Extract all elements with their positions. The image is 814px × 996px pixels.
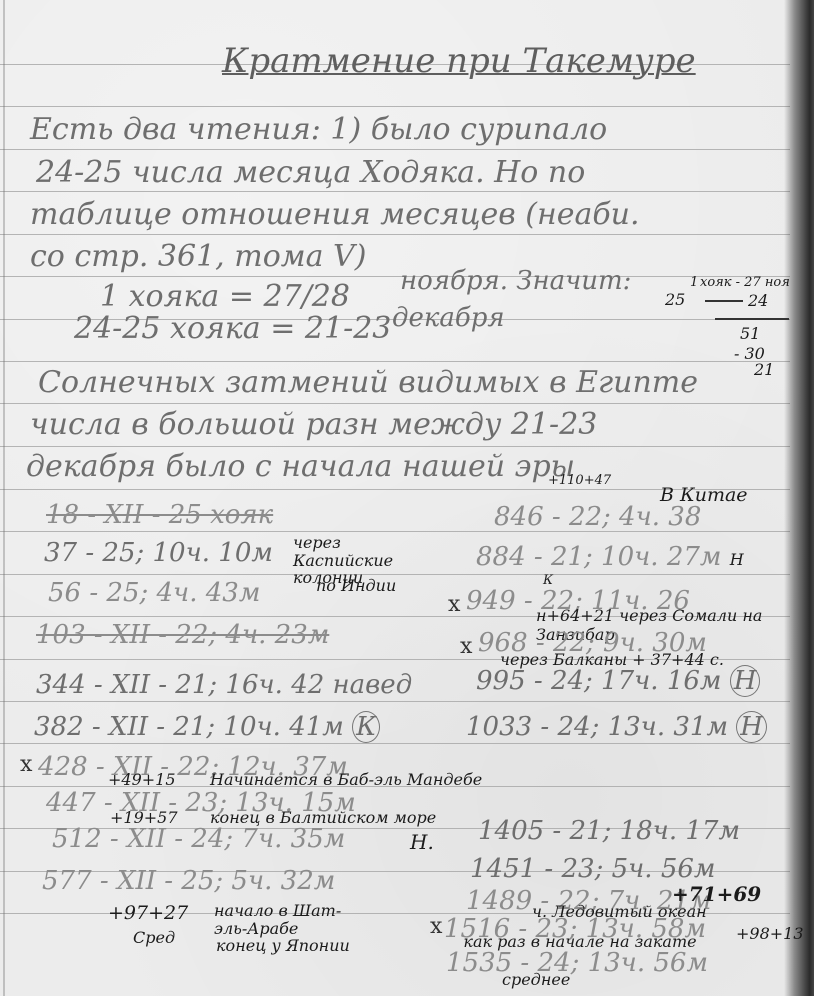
eclipse-entry: 56 - 25; 4ч. 43м	[48, 580, 260, 606]
eclipse-entry-struck: 18 - XII - 25 хояк	[46, 502, 273, 528]
left-margin-edge	[3, 0, 5, 996]
ruled-line	[0, 361, 790, 362]
calc-digit: 24	[748, 293, 768, 309]
equation-left: 24-25 хояка	[74, 311, 261, 346]
eclipse-entry: 344 - XII - 21; 16ч. 42 навед	[36, 672, 412, 698]
eclipse-entry: 1405 - 21; 18ч. 17м	[478, 818, 740, 844]
entry-badge: Н	[730, 665, 761, 697]
entry-note: по Индии	[316, 578, 396, 594]
text-line: 24-25 числа месяца Ходяка. Но по	[36, 158, 585, 188]
calc-result: 21	[754, 362, 774, 378]
calc-digit: 25	[665, 292, 685, 308]
entry-badge: Н	[736, 711, 767, 743]
annotation-below: Сред	[133, 930, 175, 946]
ruled-line	[0, 234, 790, 235]
entry-superscript: +110+47	[548, 474, 611, 487]
text-line: Есть два чтения: 1) было сурипало	[30, 115, 607, 145]
manuscript-page: Кратмение при Такемуре Есть два чтения: …	[0, 0, 814, 996]
eclipse-entry: 512 - XII - 24; 7ч. 35м	[52, 826, 345, 852]
ruled-line	[0, 191, 790, 192]
text-line: со стр. 361, тома V)	[30, 242, 366, 272]
entry-text: 382 - XII - 21; 10ч. 41м	[34, 712, 344, 742]
entry-text: 884 - 21; 10ч. 27м	[476, 542, 721, 572]
eclipse-entry: 995 - 24; 17ч. 16м Н	[476, 668, 760, 694]
entry-note: как раз в начале на закате	[400, 934, 760, 950]
annotation-text: Начинается в Баб-эль Мандебе	[210, 772, 482, 788]
eclipse-entry: 37 - 25; 10ч. 10м	[44, 540, 273, 566]
annotation-offset: +97+27	[108, 904, 188, 923]
entry-badge: К	[352, 711, 380, 743]
eclipse-entry: 577 - XII - 25; 5ч. 32м	[42, 868, 335, 894]
page-title: Кратмение при Такемуре	[222, 44, 696, 78]
annotation-text: конец у Японии	[216, 938, 350, 954]
ruled-line	[0, 446, 790, 447]
text-line: таблице отношения месяцев (неаби.	[30, 200, 640, 230]
ruled-line	[0, 106, 790, 107]
calc-sum: 51	[740, 326, 760, 342]
eclipse-entry: 1033 - 24; 13ч. 31м Н	[466, 714, 767, 740]
ruled-line	[0, 149, 790, 150]
annotation-text: начало в Шат-эль-Арабе	[214, 902, 364, 939]
ruled-line	[0, 403, 790, 404]
equation-sign: =	[229, 279, 254, 314]
eclipse-entry: 1451 - 23; 5ч. 56м	[470, 856, 715, 882]
text-line: Солнечных затмений видимых в Египте	[38, 368, 698, 398]
cross-mark: x	[448, 592, 460, 617]
equation-2: 24-25 хояка = 21-23	[74, 314, 391, 344]
calc-digit: 1	[690, 276, 698, 289]
eclipse-entry: 884 - 21; 10ч. 27м Н	[476, 544, 744, 570]
eclipse-entry: 382 - XII - 21; 10ч. 41м К	[34, 714, 380, 740]
text-line: декабря было с начала нашей эры	[26, 452, 575, 482]
calc-label: хояк - 27 ноя	[700, 276, 790, 289]
cross-mark: x	[460, 634, 472, 659]
text-line: числа в большой разн между 21-23	[30, 410, 597, 440]
eclipse-entry: 1535 - 24; 13ч. 56м	[446, 950, 708, 976]
equation-tail: декабря	[392, 305, 505, 331]
eclipse-entry-struck: 103 - XII - 22; 4ч. 23м	[36, 622, 329, 648]
ruled-line	[0, 743, 790, 744]
entry-note: +71+69	[672, 884, 761, 904]
cross-mark: x	[20, 752, 32, 777]
equation-sign: =	[270, 311, 295, 346]
entry-suffix: Н	[730, 550, 744, 569]
equation-right: 21-23	[305, 311, 391, 346]
annotation-offset: +49+15	[108, 772, 176, 788]
entry-suffix: Н.	[410, 832, 434, 852]
equation-1: 1 хояка = 27/28	[100, 282, 350, 312]
binding-shadow	[784, 0, 814, 996]
equation-right: 27/28	[264, 279, 350, 314]
ruled-line	[0, 701, 790, 702]
eclipse-entry: 846 - 22; 4ч. 38	[494, 504, 701, 530]
ruled-line	[0, 276, 790, 277]
entry-note-below: среднее	[502, 972, 570, 988]
equation-left: 1 хояка	[100, 279, 219, 314]
entry-text: 1033 - 24; 13ч. 31м	[466, 712, 728, 742]
equation-tail: ноября. Значит:	[400, 268, 631, 294]
entry-text: 995 - 24; 17ч. 16м	[476, 666, 721, 696]
